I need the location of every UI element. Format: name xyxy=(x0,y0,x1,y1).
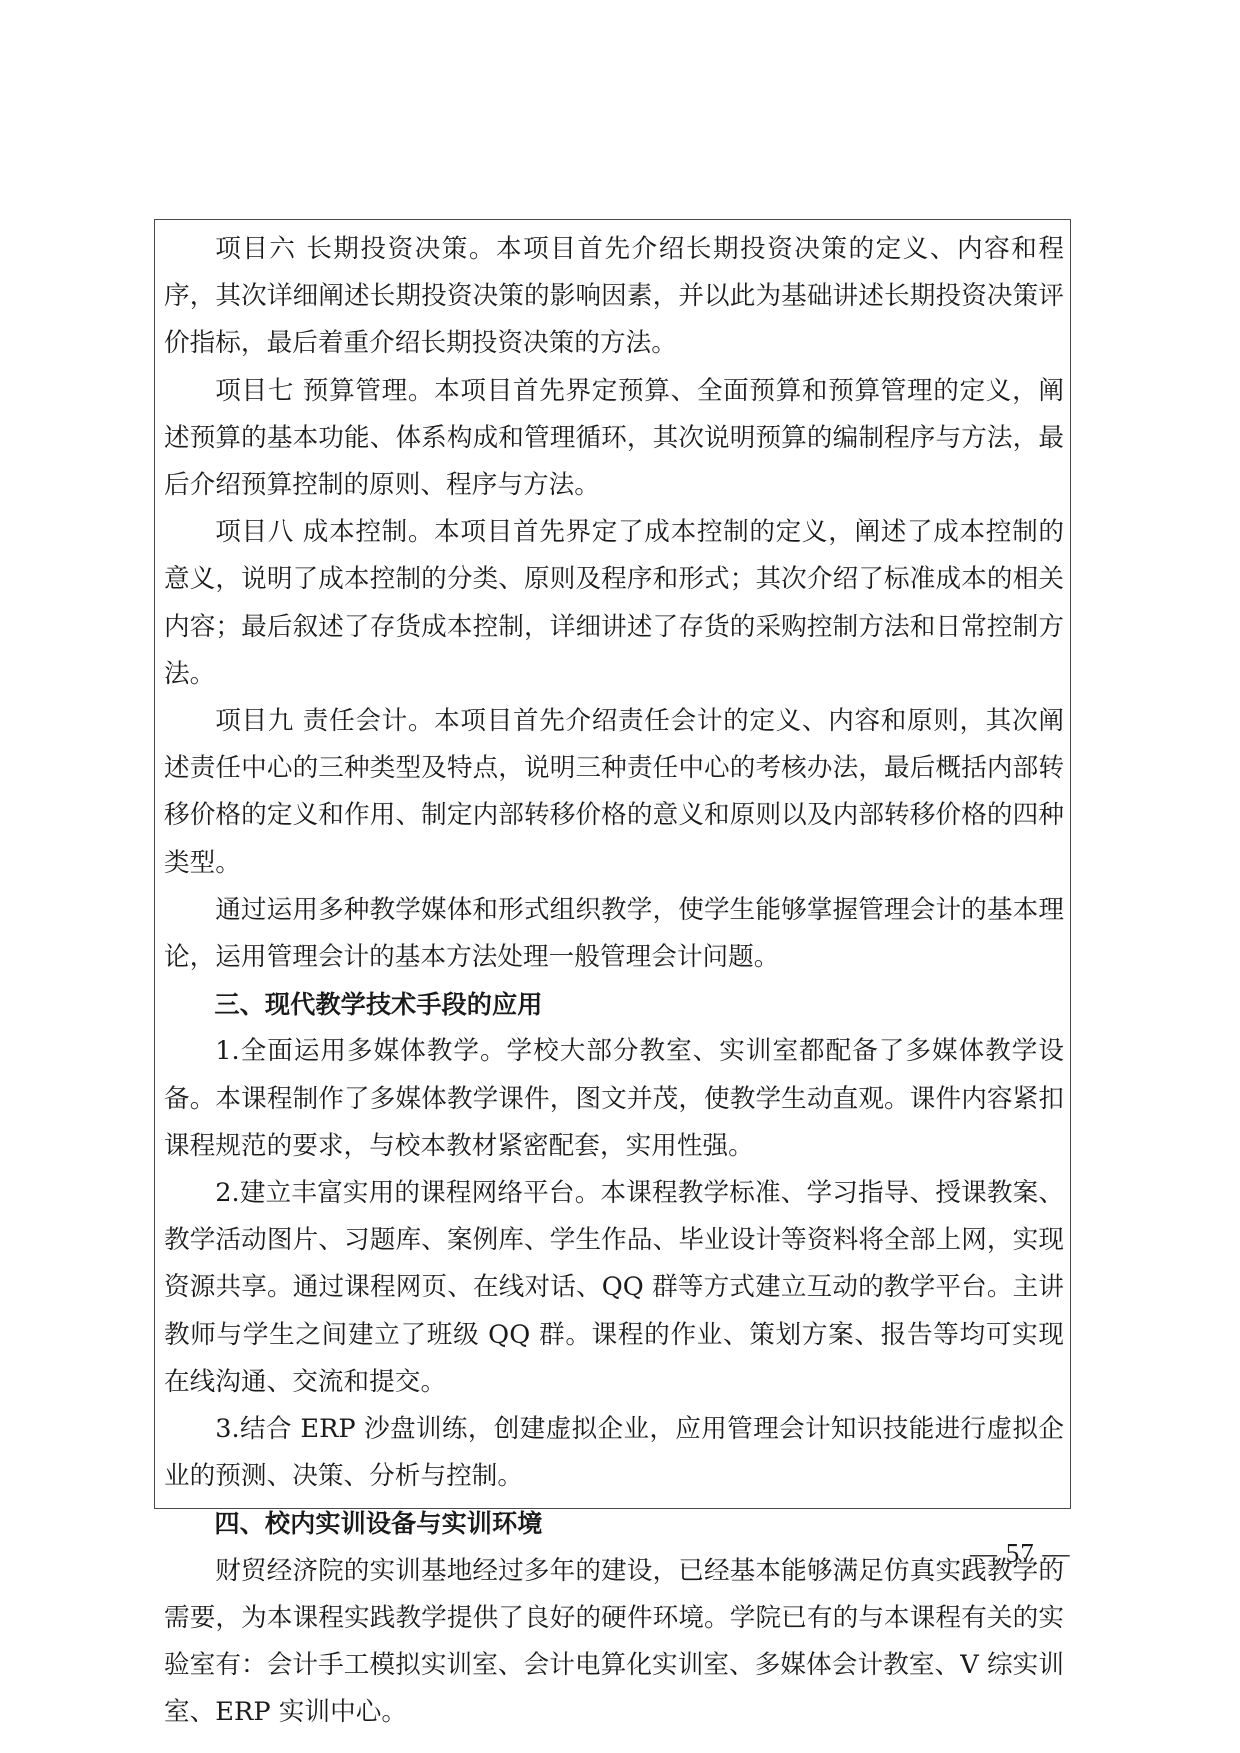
paragraph-project-nine: 项目九 责任会计。本项目首先介绍责任会计的定义、内容和原则，其次阐述责任中心的三… xyxy=(164,698,1064,887)
page-number: — 57 — xyxy=(970,1538,1071,1569)
section-heading-modern-teaching: 三、现代教学技术手段的应用 xyxy=(164,981,1064,1028)
section-heading-training-facilities: 四、校内实训设备与实训环境 xyxy=(164,1500,1064,1547)
document-body: 项目六 长期投资决策。本项目首先介绍长期投资决策的定义、内容和程序，其次详细阐述… xyxy=(164,226,1064,1737)
paragraph-network-platform: 2.建立丰富实用的课程网络平台。本课程教学标准、学习指导、授课教案、教学活动图片… xyxy=(164,1170,1064,1406)
paragraph-project-seven: 项目七 预算管理。本项目首先界定预算、全面预算和预算管理的定义，阐述预算的基本功… xyxy=(164,368,1064,510)
paragraph-erp-sandbox: 3.结合 ERP 沙盘训练，创建虚拟企业，应用管理会计知识技能进行虚拟企业的预测… xyxy=(164,1406,1064,1500)
content-frame: 项目六 长期投资决策。本项目首先介绍长期投资决策的定义、内容和程序，其次详细阐述… xyxy=(154,219,1071,1509)
paragraph-teaching-summary: 通过运用多种教学媒体和形式组织教学，使学生能够掌握管理会计的基本理论，运用管理会… xyxy=(164,887,1064,981)
paragraph-training-base: 财贸经济院的实训基地经过多年的建设，已经基本能够满足仿真实践教学的需要，为本课程… xyxy=(164,1548,1064,1737)
paragraph-project-eight: 项目八 成本控制。本项目首先界定了成本控制的定义，阐述了成本控制的意义，说明了成… xyxy=(164,509,1064,698)
paragraph-project-six: 项目六 长期投资决策。本项目首先介绍长期投资决策的定义、内容和程序，其次详细阐述… xyxy=(164,226,1064,368)
paragraph-multimedia-teaching: 1.全面运用多媒体教学。学校大部分教室、实训室都配备了多媒体教学设备。本课程制作… xyxy=(164,1028,1064,1170)
